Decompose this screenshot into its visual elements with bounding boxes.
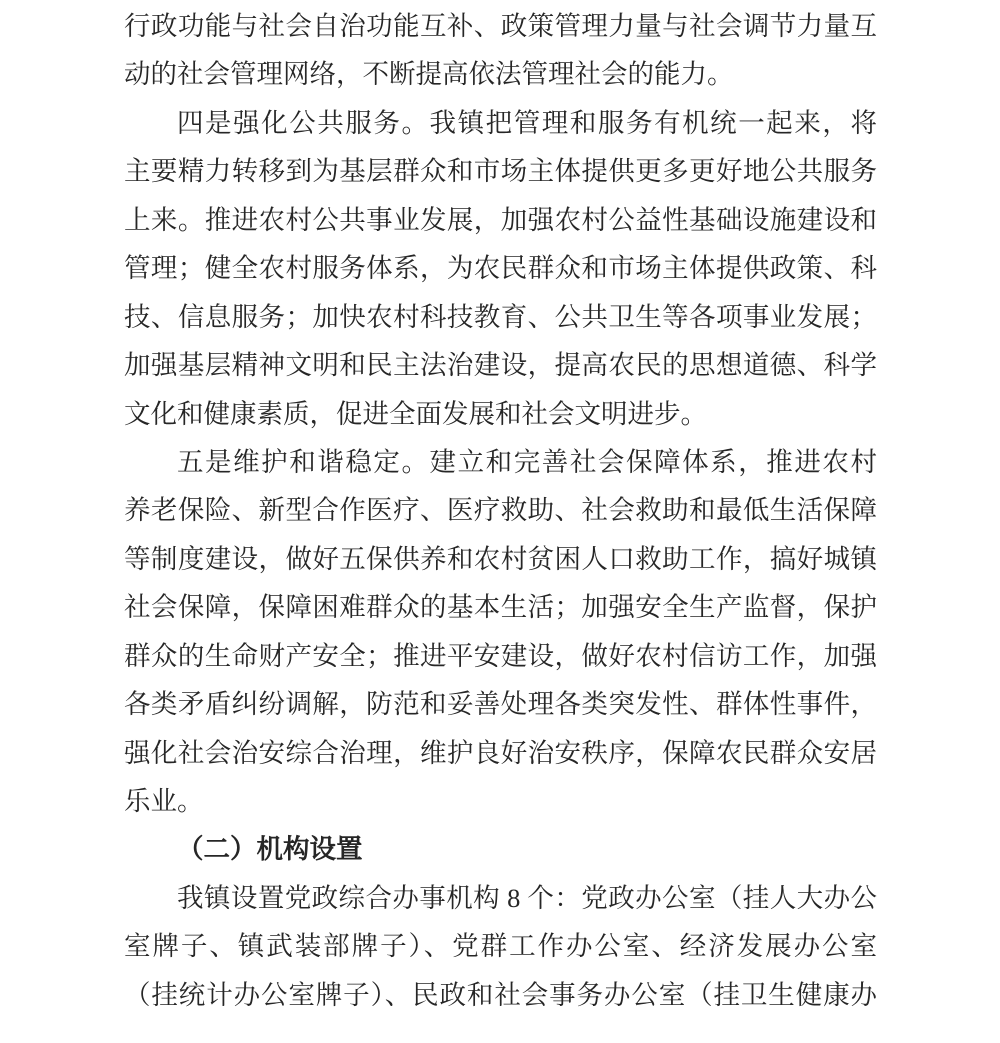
text-line: 群众的生命财产安全；推进平安建设，做好农村信访工作，加强 [124, 632, 877, 680]
document-page: 行政功能与社会自治功能互补、政策管理力量与社会调节力量互 动的社会管理网络，不断… [124, 2, 877, 1019]
text-line: 文化和健康素质，促进全面发展和社会文明进步。 [124, 390, 877, 438]
paragraph: 五是维护和谐稳定。建立和完善社会保障体系，推进农村 养老保险、新型合作医疗、医疗… [124, 438, 877, 826]
text-line: 五是维护和谐稳定。建立和完善社会保障体系，推进农村 [124, 438, 877, 486]
text-line: （挂统计办公室牌子）、民政和社会事务办公室（挂卫生健康办 [124, 971, 877, 1019]
text-line: 管理；健全农村服务体系，为农民群众和市场主体提供政策、科 [124, 244, 877, 292]
text-line: 上来。推进农村公共事业发展，加强农村公益性基础设施建设和 [124, 196, 877, 244]
text-line: 社会保障，保障困难群众的基本生活；加强安全生产监督，保护 [124, 583, 877, 631]
section: （二）机构设置 [124, 825, 877, 873]
paragraph: 四是强化公共服务。我镇把管理和服务有机统一起来，将 主要精力转移到为基层群众和市… [124, 99, 877, 438]
text-line: 室牌子、镇武装部牌子）、党群工作办公室、经济发展办公室 [124, 922, 877, 970]
text-line: 主要精力转移到为基层群众和市场主体提供更多更好地公共服务 [124, 147, 877, 195]
text-line: 各类矛盾纠纷调解，防范和妥善处理各类突发性、群体性事件， [124, 680, 877, 728]
text-line: 乐业。 [124, 777, 877, 825]
text-line: 四是强化公共服务。我镇把管理和服务有机统一起来，将 [124, 99, 877, 147]
text-line: 行政功能与社会自治功能互补、政策管理力量与社会调节力量互 [124, 2, 877, 50]
text-line: 加强基层精神文明和民主法治建设，提高农民的思想道德、科学 [124, 341, 877, 389]
text-line: 养老保险、新型合作医疗、医疗救助、社会救助和最低生活保障 [124, 486, 877, 534]
paragraph: 行政功能与社会自治功能互补、政策管理力量与社会调节力量互 动的社会管理网络，不断… [124, 2, 877, 99]
text-line: 强化社会治安综合治理，维护良好治安秩序，保障农民群众安居 [124, 729, 877, 777]
paragraph: 我镇设置党政综合办事机构 8 个：党政办公室（挂人大办公 室牌子、镇武装部牌子）… [124, 874, 877, 1019]
text-line: 等制度建设，做好五保供养和农村贫困人口救助工作，搞好城镇 [124, 535, 877, 583]
text-line: 动的社会管理网络，不断提高依法管理社会的能力。 [124, 50, 877, 98]
text-line: 技、信息服务；加快农村科技教育、公共卫生等各项事业发展； [124, 293, 877, 341]
section-heading: （二）机构设置 [124, 825, 877, 873]
text-line: 我镇设置党政综合办事机构 8 个：党政办公室（挂人大办公 [124, 874, 877, 922]
